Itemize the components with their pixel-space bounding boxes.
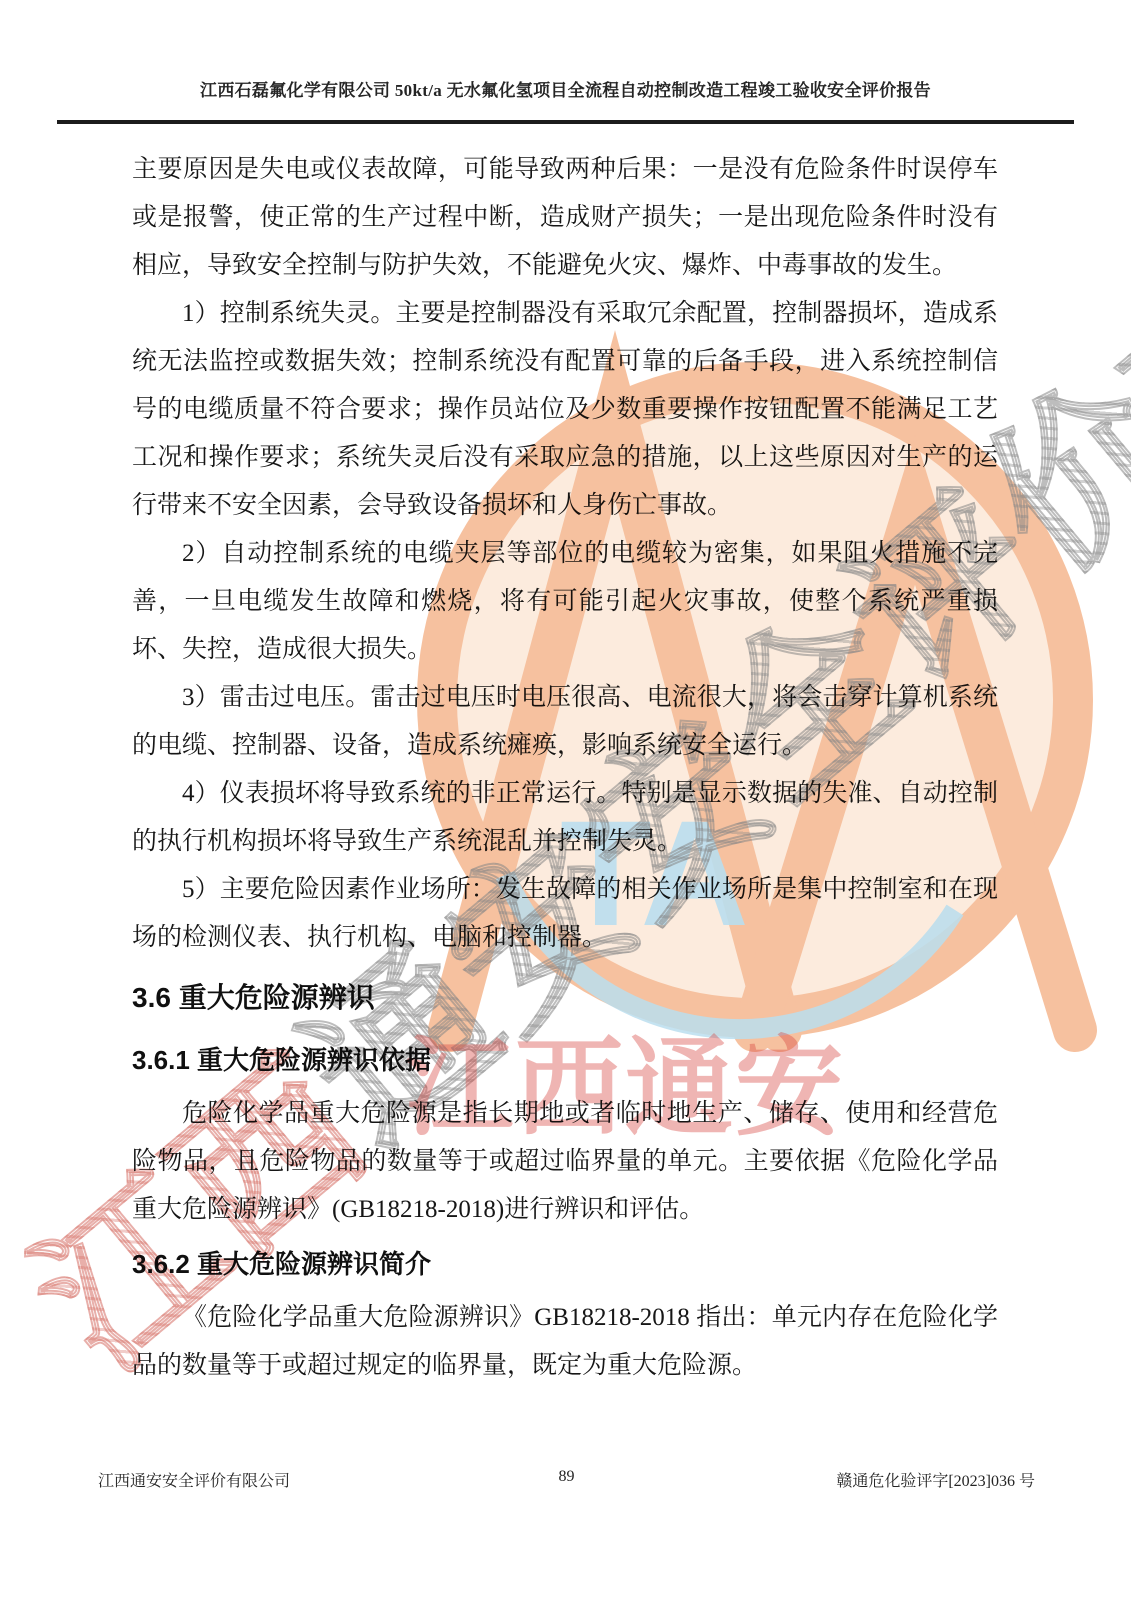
footer-company-name: 江西通安安全评价有限公司 [98,1468,290,1491]
paragraph-3-6-2-body: 《危险化学品重大危险源辨识》GB18218-2018 指出：单元内存在危险化学品… [132,1294,998,1390]
paragraph-item-4: 4）仪表损坏将导致系统的非正常运行。特别是显示数据的失准、自动控制的执行机构损坏… [132,770,998,866]
paragraph-item-3: 3）雷击过电压。雷击过电压时电压很高、电流很大，将会击穿计算机系统的电缆、控制器… [132,674,998,770]
document-body: 主要原因是失电或仪表故障，可能导致两种后果：一是没有危险条件时误停车或是报警，使… [132,146,998,1390]
footer-document-number: 赣通危化验评字[2023]036 号 [836,1468,1035,1491]
paragraph-intro: 主要原因是失电或仪表故障，可能导致两种后果：一是没有危险条件时误停车或是报警，使… [132,146,998,290]
paragraph-item-5: 5）主要危险因素作业场所：发生故障的相关作业场所是集中控制室和在现场的检测仪表、… [132,866,998,962]
paragraph-3-6-1-body: 危险化学品重大危险源是指长期地或者临时地生产、储存、使用和经营危险物品，且危险物… [132,1090,998,1234]
footer-page-number: 89 [559,1468,575,1486]
page-header-title: 江西石磊氟化学有限公司 50kt/a 无水氟化氢项目全流程自动控制改造工程竣工验… [0,76,1131,101]
section-heading-3-6-2: 3.6.2 重大危险源辨识简介 [132,1234,998,1294]
header-rule [57,120,1074,124]
page-footer: 江西通安安全评价有限公司 89 赣通危化验评字[2023]036 号 [98,1468,1035,1492]
section-heading-3-6: 3.6 重大危险源辨识 [132,966,998,1030]
paragraph-item-1: 1）控制系统失灵。主要是控制器没有采取冗余配置，控制器损坏，造成系统无法监控或数… [132,290,998,530]
paragraph-item-2: 2）自动控制系统的电缆夹层等部位的电缆较为密集，如果阻火措施不完善，一旦电缆发生… [132,530,998,674]
report-page: 江西石磊氟化学有限公司 50kt/a 无水氟化氢项目全流程自动控制改造工程竣工验… [0,0,1131,1600]
section-heading-3-6-1: 3.6.1 重大危险源辨识依据 [132,1030,998,1090]
